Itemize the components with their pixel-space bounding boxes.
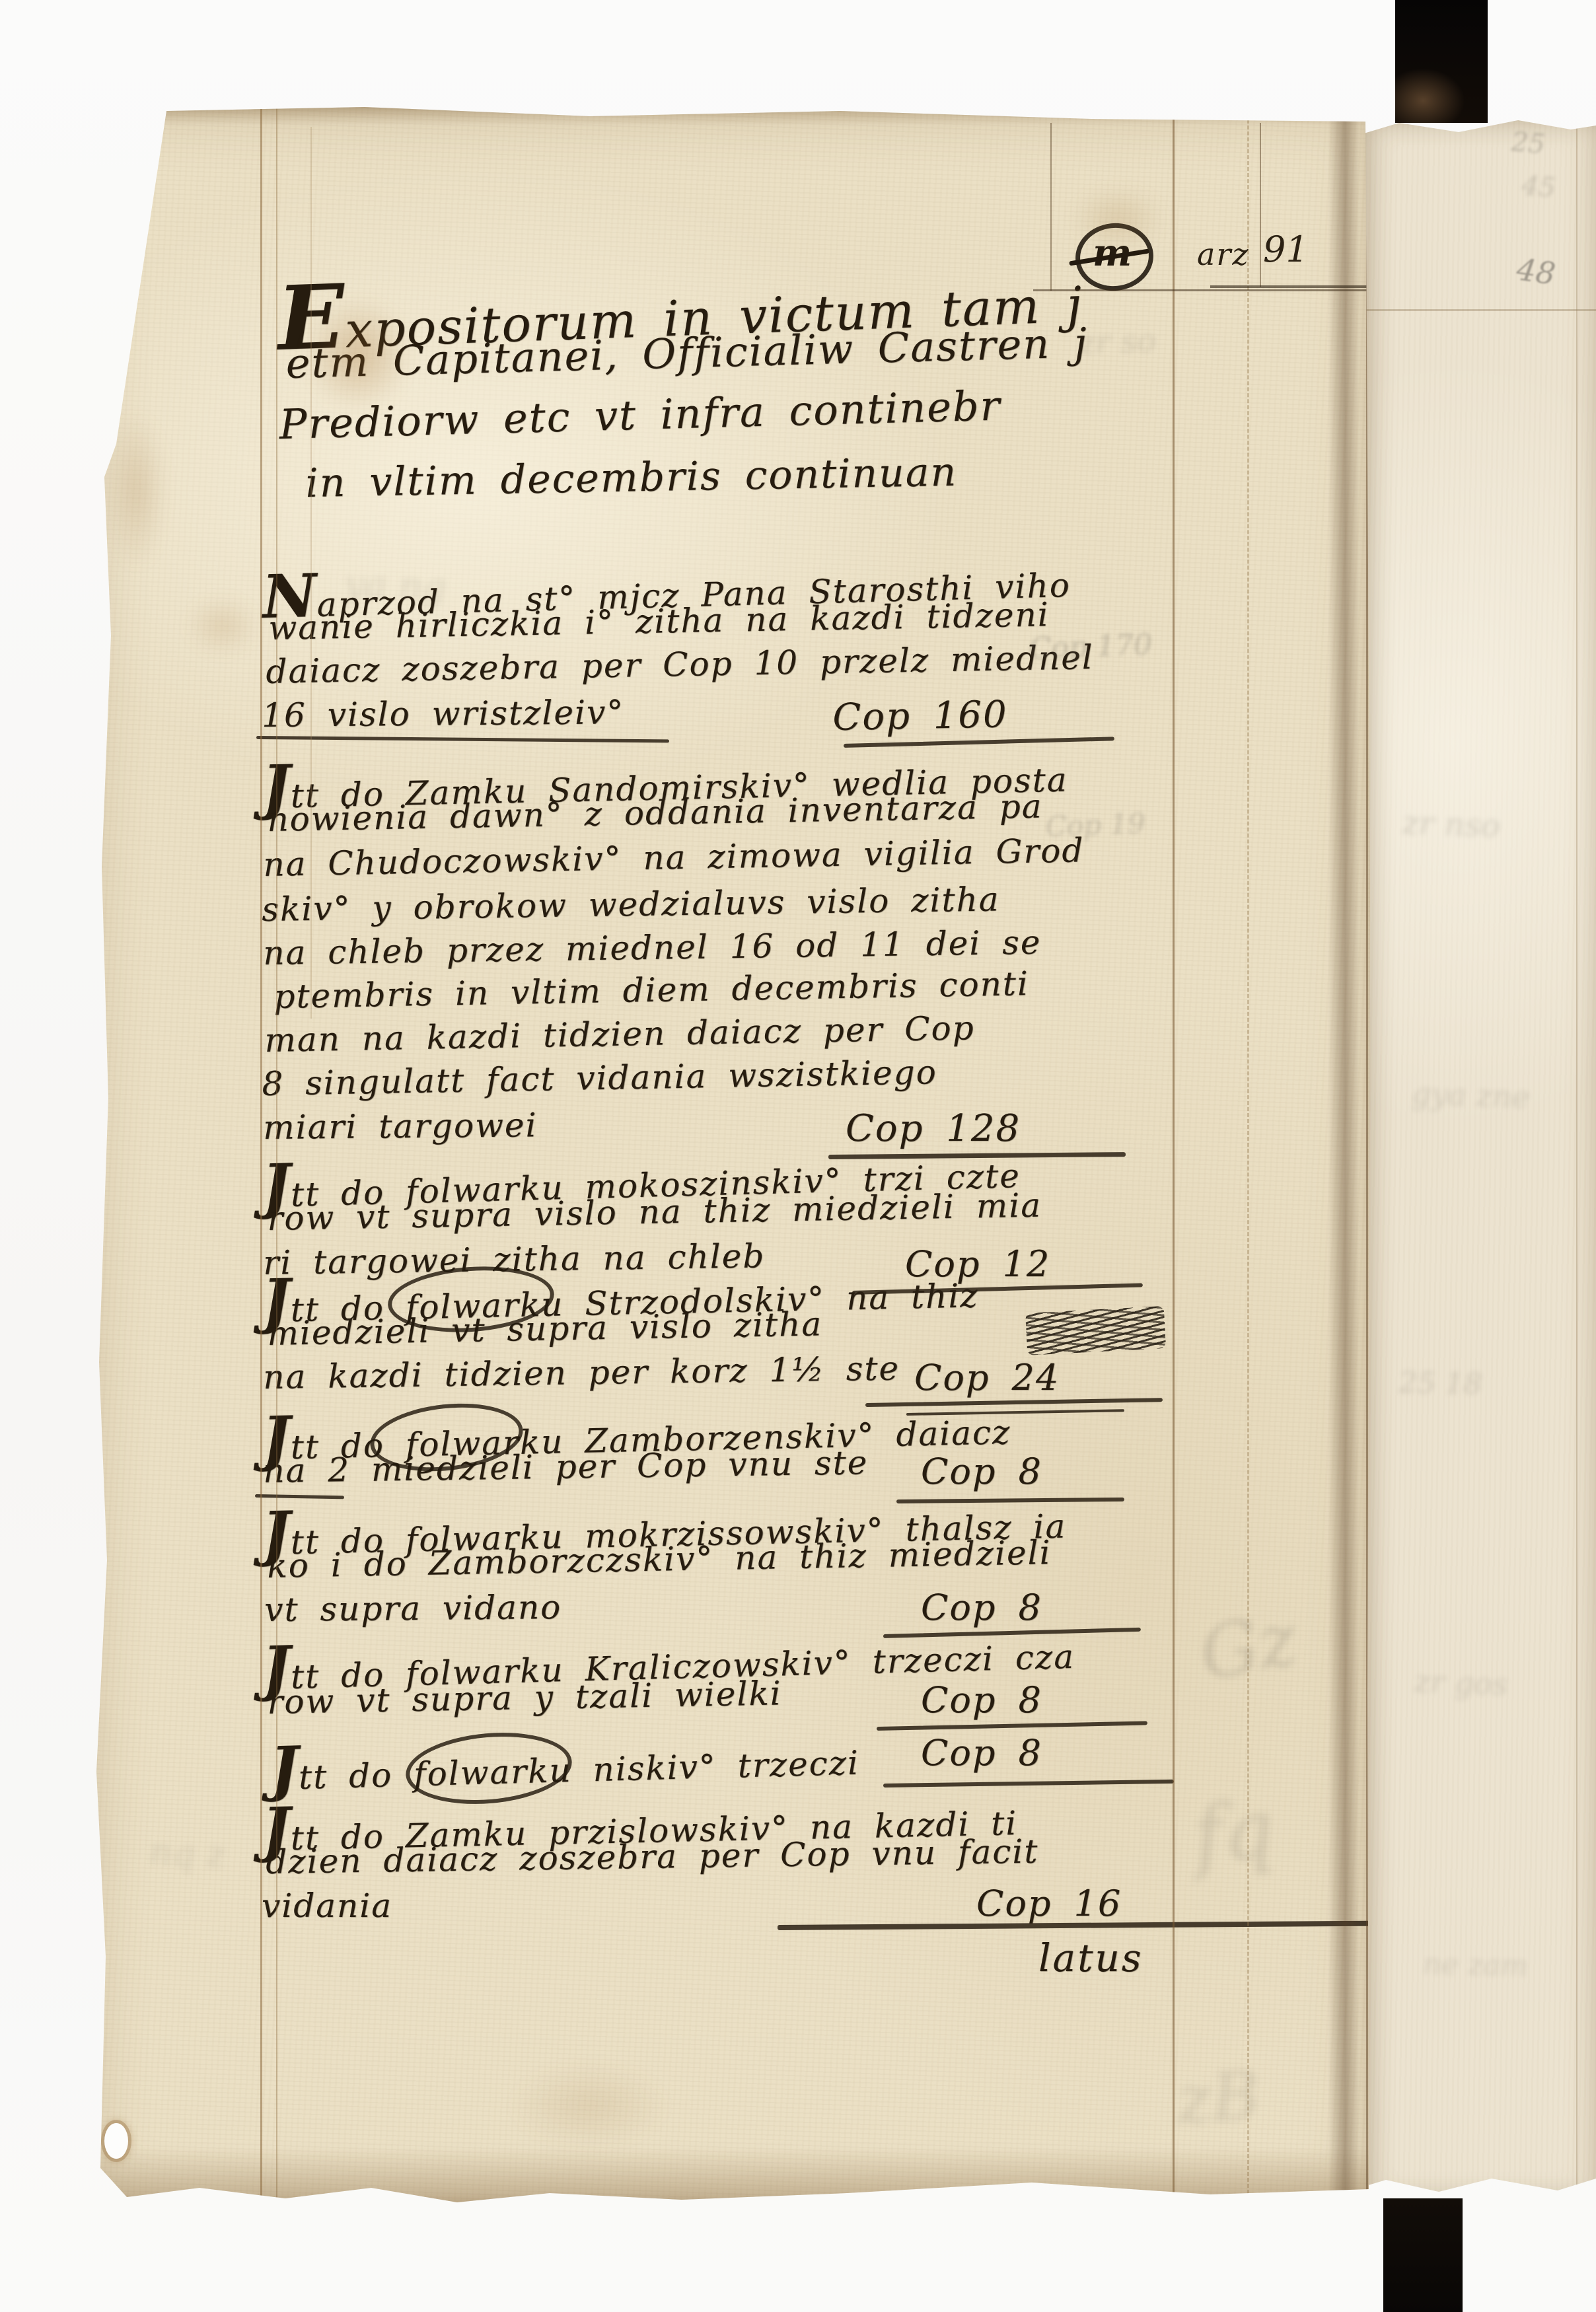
ruled-line-12 [1576, 126, 1578, 2193]
bleed-through-text-6: zB [1174, 2056, 1262, 2140]
paper-stain-1 [186, 596, 259, 655]
entry-1-line-4: 16 vislo wristzleiv° [262, 697, 624, 731]
ink-underline-9 [877, 1721, 1147, 1731]
bleed-through-text-2: ya ng [344, 563, 447, 609]
ruled-line-10 [1210, 285, 1369, 288]
paper-stain-0 [305, 299, 411, 411]
ruled-line-11 [1360, 309, 1596, 311]
ink-underline-10 [883, 1780, 1174, 1788]
entry-1-line-3: daiacz zoszebra per Cop 10 przelz miedne… [266, 642, 1094, 688]
column-note: arz [1197, 236, 1250, 272]
ruled-line-9 [1033, 289, 1370, 291]
latus-carry-forward-label: latus [1038, 1935, 1143, 1980]
bleed-through-text-p2-2: zr nso [1402, 805, 1501, 845]
book-spine-strip-top [1395, 0, 1488, 123]
ruled-line-2 [310, 127, 312, 1019]
entry-4-line-2: miedzieli vt supra vislo zitha [267, 1309, 823, 1350]
ruled-line-4 [1247, 114, 1249, 2200]
book-spine-strip-bottom [1383, 2198, 1463, 2312]
amount-1: Cop 160 [832, 697, 1008, 735]
entry-2-line-3: na Chudoczowskiv° na zimowa vigilia Grod [263, 835, 1085, 881]
paper-stain-4 [107, 411, 166, 569]
page-bottom-edge-shading [87, 2147, 1370, 2204]
paper-stain-3 [510, 2062, 669, 2148]
scanned-manuscript-screen: 48 2545zr nsogya zne25 18zr gosne zam m … [0, 0, 1596, 2312]
bleed-through-text-5: fq [1189, 1783, 1278, 1883]
page-top-edge-shading [87, 107, 1370, 126]
entry-2-line-6: ptembris in vltim diem decembris conti [273, 968, 1029, 1013]
entry-5-line-2: na 2 miedzieli per Cop vnu ste [263, 1447, 869, 1487]
paper-stain-2 [1071, 186, 1164, 252]
entry-6-line-3: vt supra vidano [264, 1592, 562, 1626]
bleed-through-text-7: nq z [149, 1831, 226, 1875]
amount-4: Cop 24 [914, 1361, 1060, 1394]
bleed-through-text-p2-4: 25 18 [1398, 1366, 1482, 1401]
bleed-through-text-p2-5: zr gos [1414, 1663, 1508, 1702]
ruled-line-3 [1173, 119, 1175, 2200]
ink-underline-0 [256, 736, 669, 742]
entry-4-line-3: na kazdi tidzien per korz 1½ ste [263, 1354, 900, 1394]
ruled-line-0 [260, 107, 262, 2201]
bleed-through-text-p2-6: ne zam [1422, 1947, 1528, 1983]
ruled-line-7 [1050, 123, 1052, 291]
amount-6: Cop 8 [921, 1591, 1042, 1624]
pencil-folio-number: 48 [1515, 251, 1558, 292]
bleed-through-text-1: Cop 19 [1045, 807, 1146, 843]
entry-9-line-2: dzien daiacz zoszebra per Cop vnu facit [266, 1836, 1039, 1879]
manuscript-page: m arz 91 latus Expositorum in victum tam… [87, 107, 1370, 2204]
ruled-line-1 [276, 107, 277, 2201]
entry-2-line-7: man na kazdi tidzien daiacz per Cop [264, 1013, 975, 1056]
entry-2-line-8: 8 singulatt fact vidania wszistkiego [262, 1057, 937, 1100]
header-line-4: in vltim decembris continuan [305, 454, 958, 503]
folio-number: 91 [1263, 229, 1309, 270]
adjacent-folio-page: 48 2545zr nsogya zne25 18zr gosne zam [1360, 118, 1596, 2204]
ruled-line-8 [1260, 123, 1261, 287]
bleed-through-text-3: zr so [1078, 322, 1157, 362]
amount-9: Cop 16 [976, 1887, 1122, 1920]
paper-hole [104, 2123, 128, 2159]
bleed-through-text-p2-0: 25 [1510, 127, 1546, 160]
amount-8: Cop 8 [921, 1736, 1042, 1770]
bleed-through-text-4: Gz [1194, 1597, 1303, 1696]
ruled-line-5 [1328, 107, 1360, 2201]
entry-9-line-3: vidania [262, 1891, 392, 1922]
scratched-out-text-0 [1025, 1306, 1166, 1355]
amount-5: Cop 8 [921, 1455, 1042, 1488]
bleed-through-text-p2-3: gya zne [1411, 1075, 1530, 1115]
entry-7-line-2: row vt supra y tzali wielki [267, 1678, 782, 1718]
bleed-through-text-0: Cop 170 [1029, 628, 1153, 665]
amount-7: Cop 8 [921, 1683, 1042, 1717]
bleed-through-text-p2-1: 45 [1521, 170, 1557, 203]
entry-2-line-4: skiv° y obrokow wedzialuvs vislo zitha [262, 884, 1000, 925]
entry-2-line-5: na chleb przez miednel 16 od 11 dei se [263, 927, 1042, 970]
entry-2-line-9: miari targowei [263, 1110, 538, 1143]
